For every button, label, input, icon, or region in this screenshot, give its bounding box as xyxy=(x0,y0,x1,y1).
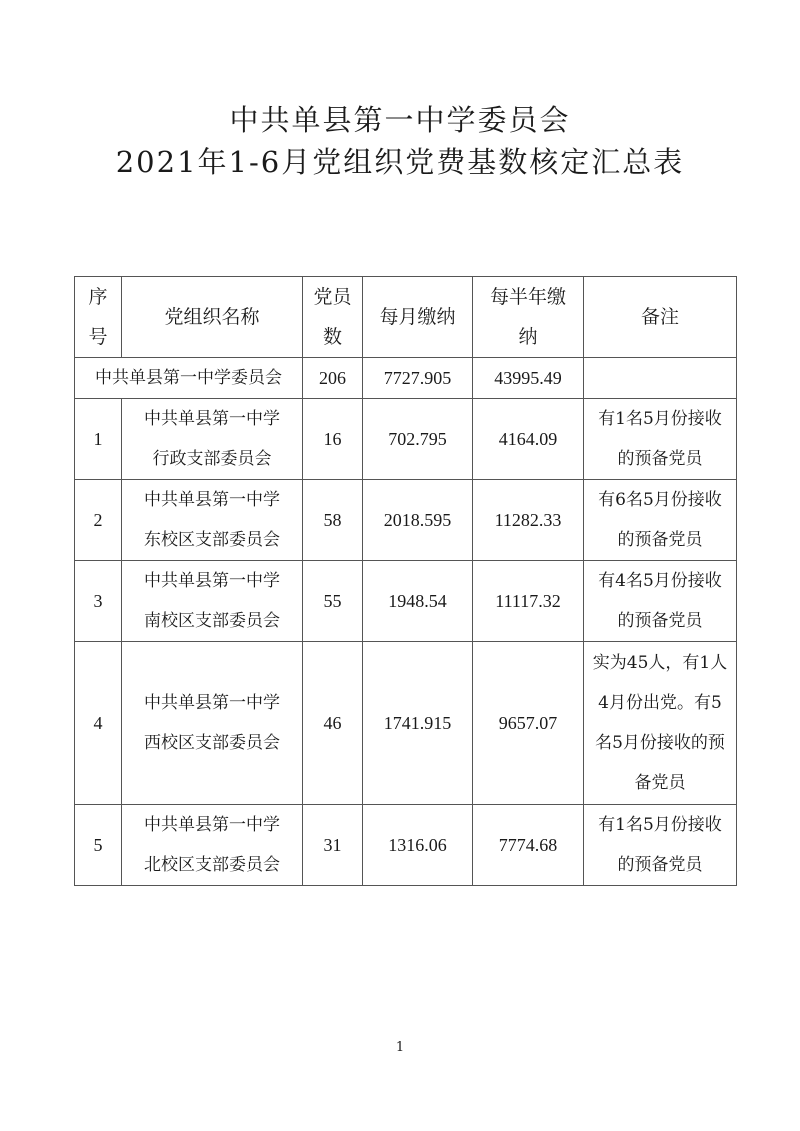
header-half-year-fee: 每半年缴纳 xyxy=(473,277,584,358)
row-half-year-fee: 9657.07 xyxy=(473,642,584,805)
table-header-row: 序号 党组织名称 党员数 每月缴纳 每半年缴纳 备注 xyxy=(75,277,737,358)
row-org-name: 中共单县第一中学北校区支部委员会 xyxy=(122,805,303,886)
row-index: 2 xyxy=(75,480,122,561)
row-half-year-fee: 7774.68 xyxy=(473,805,584,886)
table-total-row: 中共单县第一中学委员会 206 7727.905 43995.49 xyxy=(75,358,737,399)
row-members: 31 xyxy=(303,805,363,886)
row-members: 16 xyxy=(303,399,363,480)
table-row: 2 中共单县第一中学东校区支部委员会 58 2018.595 11282.33 … xyxy=(75,480,737,561)
document-subtitle: 2021年1-6月党组织党费基数核定汇总表 xyxy=(0,140,800,181)
row-org-name: 中共单县第一中学西校区支部委员会 xyxy=(122,642,303,805)
header-org-name: 党组织名称 xyxy=(122,277,303,358)
total-remarks xyxy=(584,358,737,399)
table-row: 5 中共单县第一中学北校区支部委员会 31 1316.06 7774.68 有1… xyxy=(75,805,737,886)
row-index: 4 xyxy=(75,642,122,805)
row-monthly-fee: 2018.595 xyxy=(363,480,473,561)
row-remarks: 有1名5月份接收的预备党员 xyxy=(584,805,737,886)
header-remarks: 备注 xyxy=(584,277,737,358)
row-members: 46 xyxy=(303,642,363,805)
total-members: 206 xyxy=(303,358,363,399)
table-row: 4 中共单县第一中学西校区支部委员会 46 1741.915 9657.07 实… xyxy=(75,642,737,805)
row-remarks: 有1名5月份接收的预备党员 xyxy=(584,399,737,480)
header-monthly-fee: 每月缴纳 xyxy=(363,277,473,358)
row-remarks: 有6名5月份接收的预备党员 xyxy=(584,480,737,561)
row-members: 55 xyxy=(303,561,363,642)
row-remarks: 有4名5月份接收的预备党员 xyxy=(584,561,737,642)
total-monthly-fee: 7727.905 xyxy=(363,358,473,399)
row-index: 3 xyxy=(75,561,122,642)
row-org-name: 中共单县第一中学南校区支部委员会 xyxy=(122,561,303,642)
party-fee-summary-table: 序号 党组织名称 党员数 每月缴纳 每半年缴纳 备注 中共单县第一中学委员会 2… xyxy=(74,276,737,886)
document-title: 中共单县第一中学委员会 xyxy=(0,98,800,139)
row-monthly-fee: 1948.54 xyxy=(363,561,473,642)
row-half-year-fee: 11282.33 xyxy=(473,480,584,561)
header-members: 党员数 xyxy=(303,277,363,358)
total-half-year-fee: 43995.49 xyxy=(473,358,584,399)
row-half-year-fee: 4164.09 xyxy=(473,399,584,480)
total-org-name: 中共单县第一中学委员会 xyxy=(75,358,303,399)
row-monthly-fee: 1741.915 xyxy=(363,642,473,805)
page-number: 1 xyxy=(0,1040,800,1055)
row-members: 58 xyxy=(303,480,363,561)
row-remarks: 实为45人，有1人4月份出党。有5名5月份接收的预备党员 xyxy=(584,642,737,805)
row-index: 1 xyxy=(75,399,122,480)
row-monthly-fee: 1316.06 xyxy=(363,805,473,886)
table-row: 1 中共单县第一中学行政支部委员会 16 702.795 4164.09 有1名… xyxy=(75,399,737,480)
row-org-name: 中共单县第一中学东校区支部委员会 xyxy=(122,480,303,561)
table-row: 3 中共单县第一中学南校区支部委员会 55 1948.54 11117.32 有… xyxy=(75,561,737,642)
row-monthly-fee: 702.795 xyxy=(363,399,473,480)
row-index: 5 xyxy=(75,805,122,886)
row-org-name: 中共单县第一中学行政支部委员会 xyxy=(122,399,303,480)
header-index: 序号 xyxy=(75,277,122,358)
row-half-year-fee: 11117.32 xyxy=(473,561,584,642)
